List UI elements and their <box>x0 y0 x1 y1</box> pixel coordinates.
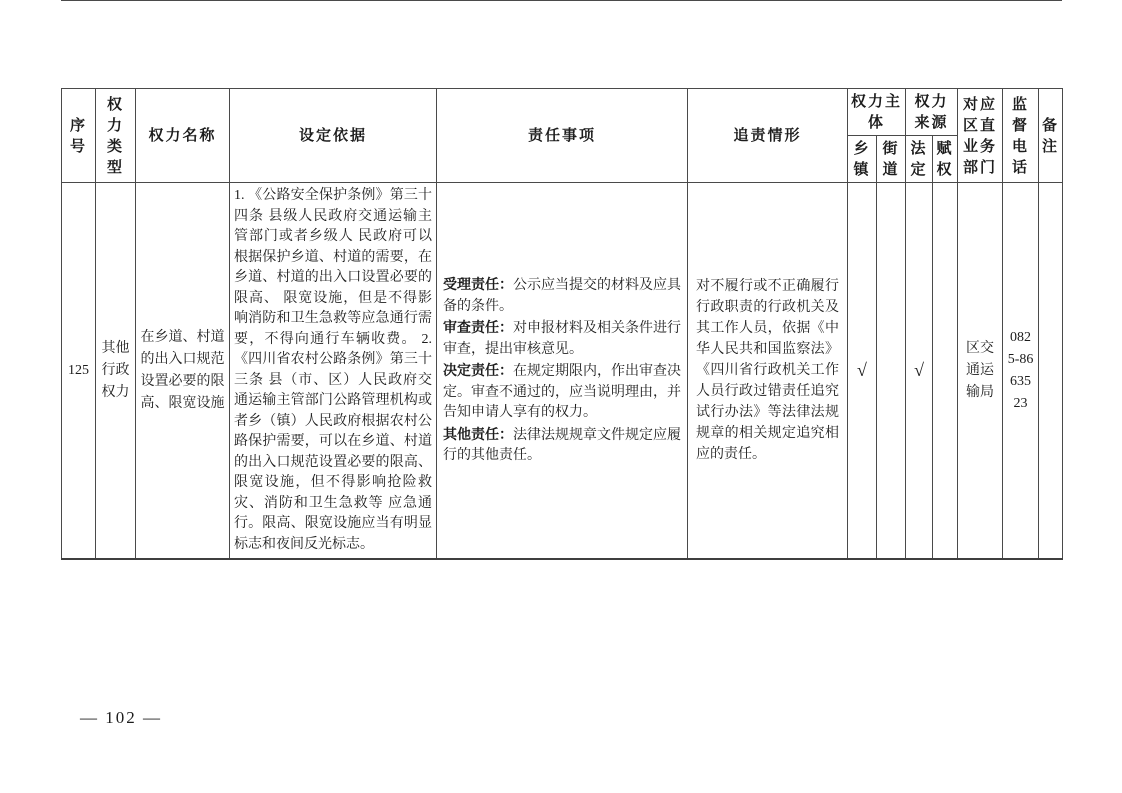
cell-responsibilities: 受理责任：公示应当提交的材料及应具备的条件。 审查责任：对申报材料及相关条件进行… <box>437 183 688 560</box>
cell-delegated-check <box>933 183 958 560</box>
header-power-name: 权力名称 <box>136 89 230 183</box>
cell-statutory-check: √ <box>906 183 933 560</box>
header-district-department: 对应区直业务部门 <box>958 89 1003 183</box>
table-row: 125 其他行政权力 在乡道、村道的出入口规范设置必要的限高、限宽设施 1. 《… <box>62 183 1063 560</box>
power-list-table: 序号 权力类型 权力名称 设定依据 责任事项 追责情形 权力主体 权力来源 对应… <box>61 88 1063 560</box>
header-township: 乡镇 <box>848 136 877 183</box>
duty-label: 审查责任： <box>443 319 513 335</box>
header-remarks: 备注 <box>1039 89 1063 183</box>
header-serial: 序号 <box>62 89 96 183</box>
duty-item-accept: 受理责任：公示应当提交的材料及应具备的条件。 <box>443 274 681 317</box>
cell-district-department: 区交通运输局 <box>958 183 1003 560</box>
duty-item-review: 审查责任：对申报材料及相关条件进行审查，提出审核意见。 <box>443 317 681 360</box>
cell-street-check <box>877 183 906 560</box>
page-number: — 102 — <box>61 708 181 728</box>
cell-township-check: √ <box>848 183 877 560</box>
duty-label: 决定责任： <box>443 362 513 378</box>
cell-legal-basis: 1. 《公路安全保护条例》第三十四条 县级人民政府交通运输主管部门或者乡级人 民… <box>230 183 437 560</box>
header-delegated: 赋权 <box>933 136 958 183</box>
header-power-type: 权力类型 <box>96 89 136 183</box>
cell-remarks <box>1039 183 1063 560</box>
duty-label: 其他责任： <box>443 426 513 442</box>
header-statutory: 法定 <box>906 136 933 183</box>
duty-item-other: 其他责任：法律法规规章文件规定应履行的其他责任。 <box>443 424 681 467</box>
header-power-subject: 权力主体 <box>848 89 906 136</box>
duty-item-decide: 决定责任：在规定期限内，作出审查决定。审查不通过的，应当说明理由，并告知申请人享… <box>443 360 681 424</box>
header-power-source: 权力来源 <box>906 89 958 136</box>
cell-serial: 125 <box>62 183 96 560</box>
header-street: 街道 <box>877 136 906 183</box>
cell-power-type: 其他行政权力 <box>96 183 136 560</box>
duty-label: 受理责任： <box>443 276 513 292</box>
cell-accountability: 对不履行或不正确履行行政职责的行政机关及其工作人员，依据《中华人民共和国监察法》… <box>688 183 848 560</box>
header-accountability: 追责情形 <box>688 89 848 183</box>
header-responsibilities: 责任事项 <box>437 89 688 183</box>
header-supervision-phone: 监督电话 <box>1003 89 1039 183</box>
cell-supervision-phone: 0825-8663523 <box>1003 183 1039 560</box>
cell-power-name: 在乡道、村道的出入口规范设置必要的限高、限宽设施 <box>136 183 230 560</box>
header-legal-basis: 设定依据 <box>230 89 437 183</box>
page-top-rule <box>61 0 1062 1</box>
